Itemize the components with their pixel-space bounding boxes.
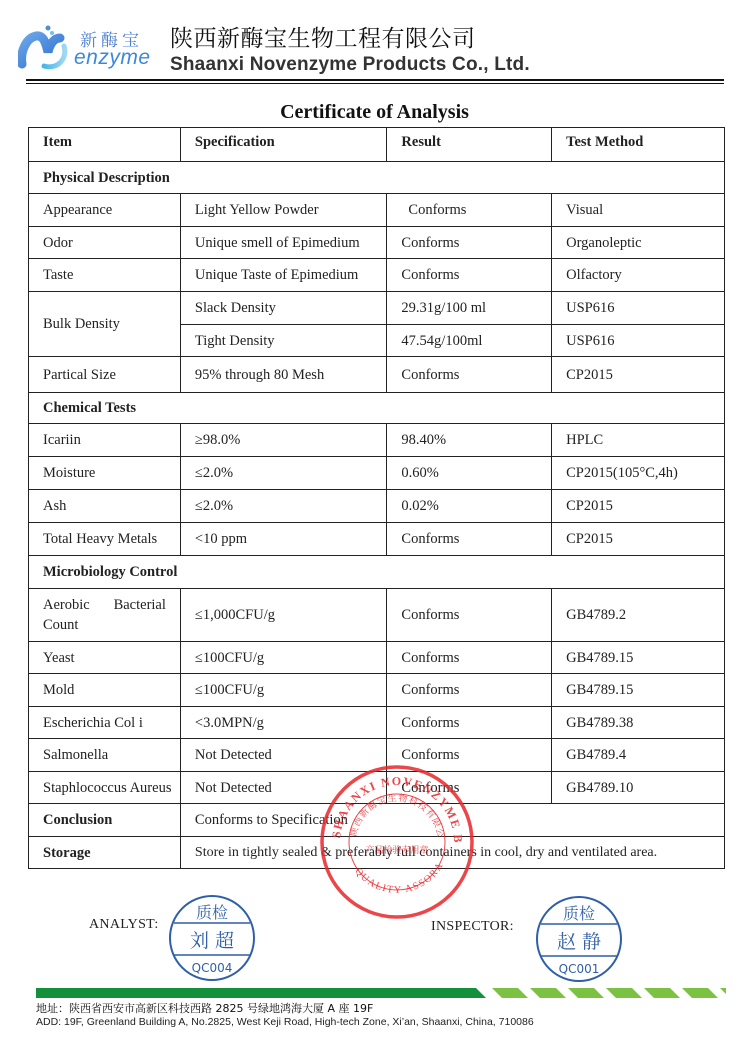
item-cell: Ash xyxy=(29,490,181,523)
table-header-row: Item Specification Result Test Method xyxy=(29,128,725,162)
result-cell: 0.60% xyxy=(387,457,552,490)
item-cell: Salmonella xyxy=(29,739,181,772)
table-row: Aerobic Bacterial Count ≤1,000CFU/g Conf… xyxy=(29,589,725,642)
section-row-microbiology: Microbiology Control xyxy=(29,556,725,589)
result-cell: Conforms xyxy=(387,523,552,556)
item-cell: Staphlococcus Aureus xyxy=(29,772,181,804)
svg-text:赵 静: 赵 静 xyxy=(557,931,601,953)
item-cell: Bulk Density xyxy=(29,292,181,357)
table-row: Icariin ≥98.0% 98.40% HPLC xyxy=(29,424,725,457)
section-row-chemical: Chemical Tests xyxy=(29,393,725,424)
table-row: Moisture ≤2.0% 0.60% CP2015(105°C,4h) xyxy=(29,457,725,490)
logo-english-text: enzyme xyxy=(74,46,151,70)
item-word: Count xyxy=(43,615,166,635)
table-row: Appearance Light Yellow Powder Conforms … xyxy=(29,194,725,227)
method-cell: GB4789.15 xyxy=(552,642,725,674)
header-rule-thin xyxy=(26,83,724,84)
method-cell: CP2015 xyxy=(552,490,725,523)
column-header-test-method: Test Method xyxy=(552,128,725,162)
result-cell: Conforms xyxy=(387,259,552,292)
result-cell: Conforms xyxy=(387,739,552,772)
svg-text:QC004: QC004 xyxy=(192,961,233,975)
table-row: Taste Unique Taste of Epimedium Conforms… xyxy=(29,259,725,292)
analyst-label: ANALYST: xyxy=(89,917,159,933)
method-cell: USP616 xyxy=(552,325,725,357)
header-rule xyxy=(26,79,724,81)
method-cell: GB4789.4 xyxy=(552,739,725,772)
company-logo: 新酶宝 enzyme xyxy=(18,22,168,74)
result-cell: Conforms xyxy=(387,589,552,642)
spec-cell: Unique Taste of Epimedium xyxy=(180,259,387,292)
enzyme-logo-icon xyxy=(18,24,70,72)
column-header-result: Result xyxy=(387,128,552,162)
item-cell: Mold xyxy=(29,674,181,707)
footer-address-chinese: 地址：陕西省西安市高新区科技西路 2825 号绿地鸿海大厦 A 座 19F xyxy=(36,1000,373,1016)
table-row: Bulk Density Slack Density 29.31g/100 ml… xyxy=(29,292,725,325)
method-cell: USP616 xyxy=(552,292,725,325)
spec-cell: <10 ppm xyxy=(180,523,387,556)
item-cell: Yeast xyxy=(29,642,181,674)
method-cell: HPLC xyxy=(552,424,725,457)
svg-text:质检: 质检 xyxy=(196,903,228,922)
result-cell: Conforms xyxy=(387,194,552,227)
analysis-table: Item Specification Result Test Method Ph… xyxy=(28,127,725,869)
spec-cell: Not Detected xyxy=(180,772,387,804)
item-cell: Moisture xyxy=(29,457,181,490)
footer-stripe-bar xyxy=(36,988,726,998)
section-title: Chemical Tests xyxy=(29,393,725,424)
item-cell: Odor xyxy=(29,227,181,259)
method-cell: Visual xyxy=(552,194,725,227)
item-cell: Total Heavy Metals xyxy=(29,523,181,556)
svg-text:质检: 质检 xyxy=(563,904,595,923)
conclusion-label: Conclusion xyxy=(29,804,181,837)
method-cell: GB4789.2 xyxy=(552,589,725,642)
item-line: Aerobic Bacterial xyxy=(43,595,166,615)
result-cell: Conforms xyxy=(387,674,552,707)
storage-label: Storage xyxy=(29,837,181,869)
spec-cell: ≤2.0% xyxy=(180,457,387,490)
method-cell: CP2015 xyxy=(552,357,725,393)
spec-cell: ≤100CFU/g xyxy=(180,642,387,674)
conclusion-value: Conforms to Specification xyxy=(180,804,724,837)
result-cell: Conforms xyxy=(387,357,552,393)
item-word: Bacterial xyxy=(114,595,166,615)
item-cell: Taste xyxy=(29,259,181,292)
item-cell: Icariin xyxy=(29,424,181,457)
result-cell: Conforms xyxy=(387,707,552,739)
result-cell: Conforms xyxy=(387,227,552,259)
method-cell: GB4789.38 xyxy=(552,707,725,739)
item-cell: Appearance xyxy=(29,194,181,227)
item-cell: Partical Size xyxy=(29,357,181,393)
method-cell: Olfactory xyxy=(552,259,725,292)
analyst-stamp-icon: 质检 刘 超 QC004 xyxy=(168,894,256,982)
conclusion-row: Conclusion Conforms to Specification xyxy=(29,804,725,837)
spec-cell: Light Yellow Powder xyxy=(180,194,387,227)
result-cell: 98.40% xyxy=(387,424,552,457)
table-row: Salmonella Not Detected Conforms GB4789.… xyxy=(29,739,725,772)
storage-row: Storage Store in tightly sealed & prefer… xyxy=(29,837,725,869)
method-cell: CP2015 xyxy=(552,523,725,556)
spec-cell: Unique smell of Epimedium xyxy=(180,227,387,259)
method-cell: CP2015(105°C,4h) xyxy=(552,457,725,490)
table-row: Odor Unique smell of Epimedium Conforms … xyxy=(29,227,725,259)
table-row: Ash ≤2.0% 0.02% CP2015 xyxy=(29,490,725,523)
table-row: Staphlococcus Aureus Not Detected Confor… xyxy=(29,772,725,804)
spec-cell: <3.0MPN/g xyxy=(180,707,387,739)
spec-cell: 95% through 80 Mesh xyxy=(180,357,387,393)
spec-cell: Tight Density xyxy=(180,325,387,357)
section-row-physical: Physical Description xyxy=(29,162,725,194)
method-cell: GB4789.15 xyxy=(552,674,725,707)
svg-text:QC001: QC001 xyxy=(559,962,600,976)
result-cell: 0.02% xyxy=(387,490,552,523)
table-row: Partical Size 95% through 80 Mesh Confor… xyxy=(29,357,725,393)
inspector-stamp-icon: 质检 赵 静 QC001 xyxy=(535,895,623,983)
method-cell: Organoleptic xyxy=(552,227,725,259)
spec-cell: ≥98.0% xyxy=(180,424,387,457)
item-word: Aerobic xyxy=(43,595,90,615)
svg-text:刘 超: 刘 超 xyxy=(190,930,234,952)
result-cell: Conforms xyxy=(387,642,552,674)
table-row: Yeast ≤100CFU/g Conforms GB4789.15 xyxy=(29,642,725,674)
inspector-label: INSPECTOR: xyxy=(431,919,514,935)
table-row: Mold ≤100CFU/g Conforms GB4789.15 xyxy=(29,674,725,707)
spec-cell: ≤2.0% xyxy=(180,490,387,523)
company-name-english: Shaanxi Novenzyme Products Co., Ltd. xyxy=(170,54,530,76)
section-title: Physical Description xyxy=(29,162,725,194)
spec-cell: Not Detected xyxy=(180,739,387,772)
spec-cell: ≤1,000CFU/g xyxy=(180,589,387,642)
method-cell: GB4789.10 xyxy=(552,772,725,804)
column-header-specification: Specification xyxy=(180,128,387,162)
spec-cell: Slack Density xyxy=(180,292,387,325)
footer-address-english: ADD: 19F, Greenland Building A, No.2825,… xyxy=(36,1016,534,1028)
document-title: Certificate of Analysis xyxy=(0,101,749,124)
result-cell: Conforms xyxy=(387,772,552,804)
table-row: Total Heavy Metals <10 ppm Conforms CP20… xyxy=(29,523,725,556)
item-cell: Escherichia Col i xyxy=(29,707,181,739)
storage-value: Store in tightly sealed & preferably ful… xyxy=(180,837,724,869)
spec-cell: ≤100CFU/g xyxy=(180,674,387,707)
company-name-chinese: 陕西新酶宝生物工程有限公司 xyxy=(170,20,476,53)
result-cell: 29.31g/100 ml xyxy=(387,292,552,325)
column-header-item: Item xyxy=(29,128,181,162)
section-title: Microbiology Control xyxy=(29,556,725,589)
table-row: Escherichia Col i <3.0MPN/g Conforms GB4… xyxy=(29,707,725,739)
item-cell: Aerobic Bacterial Count xyxy=(29,589,181,642)
result-cell: 47.54g/100ml xyxy=(387,325,552,357)
